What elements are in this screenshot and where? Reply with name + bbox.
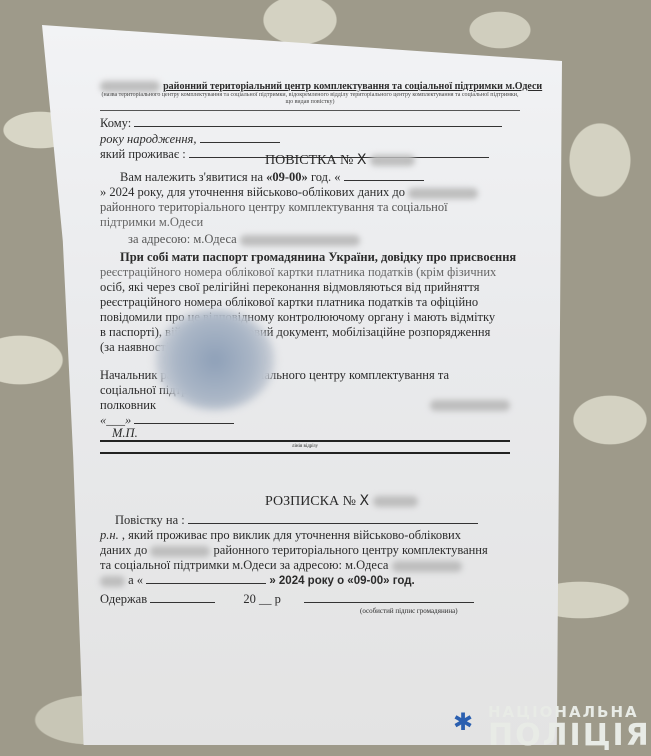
redacted-address [240, 235, 360, 246]
cut-line-label: лінія відрізу [100, 444, 510, 449]
to-field [134, 126, 502, 127]
para1-text: Вам належить з'явитися на [120, 170, 263, 184]
signature-field [304, 602, 474, 603]
summons-number-prefix: X [357, 152, 367, 168]
cut-rule-bottom [100, 452, 510, 454]
receipt-line2: р.н. , який проживає про виклик для уточ… [100, 528, 461, 543]
chief-line3: полковник [100, 398, 156, 413]
receipt-birth-label: р.н. [100, 528, 119, 542]
address-row: за адресою: м.Одеса [128, 232, 360, 247]
to-label: Кому: [100, 116, 131, 130]
receipt-title-row: РОЗПИСКА № X [265, 493, 418, 510]
received-year: 20 __ р [243, 592, 281, 606]
summons-title-row: ПОВІСТКА № X [265, 152, 415, 169]
official-stamp-redacted [155, 310, 275, 410]
redacted-chief-name [430, 400, 510, 411]
receipt-line3-b: районного територіального центру комплек… [214, 543, 488, 557]
redacted-district-3 [150, 546, 210, 557]
chief-line1: Начальник районного територіального цент… [100, 368, 449, 383]
para1-line4: підтримки м.Одеси [100, 215, 203, 230]
header-org-row: районний територіальний центр комплектув… [100, 78, 520, 93]
receipt-line5-b: » 2024 року о «09-00» год. [269, 575, 414, 587]
para2-line1: При собі мати паспорт громадянина Україн… [120, 250, 516, 265]
sign-date: «___» [100, 413, 131, 427]
received-label: Одержав [100, 592, 147, 606]
birth-label: року народження, [100, 132, 196, 146]
receipt-line4: та соціальної підтримки м.Одеси за адрес… [100, 558, 462, 573]
redacted-district [100, 81, 160, 92]
birth-field [200, 142, 280, 143]
address-label: за адресою: м.Одеса [128, 232, 237, 246]
para2-line1-text: При собі мати паспорт громадянина Україн… [120, 250, 516, 264]
redacted-district-2 [408, 188, 478, 199]
police-watermark: НАЦІОНАЛЬНА ПОЛІЦІЯ [488, 703, 651, 751]
chief-rank: полковник [100, 398, 156, 412]
police-emblem-icon: ✱ [448, 708, 478, 744]
receipt-name-field [188, 523, 478, 524]
signature-note: (особистий підпис громадянина) [360, 607, 458, 615]
received-field [150, 602, 215, 603]
stamp-label: М.П. [112, 426, 138, 441]
birth-row: року народження, [100, 132, 280, 147]
header-rule [100, 110, 520, 111]
para1-line3: районного територіального центру комплек… [100, 200, 448, 215]
para1-line2: » 2024 року, для уточнення військово-обл… [100, 185, 478, 200]
para2-line5: повідомили про це відповідному контролюю… [100, 310, 495, 325]
redacted-address-2 [392, 561, 462, 572]
para1-text-b: год. « [311, 170, 341, 184]
para1-line2-text: » 2024 року, для уточнення військово-обл… [100, 185, 405, 199]
receipt-line6: Одержав 20 __ р [100, 592, 474, 607]
redacted-address-3 [100, 576, 125, 587]
receipt-date-field [146, 583, 266, 584]
redacted-number [370, 155, 415, 166]
watermark-line2: ПОЛІЦІЯ [488, 721, 651, 751]
appear-time: «09-00» [266, 170, 308, 184]
para2-line3: осіб, які через свої релігійні переконан… [100, 280, 479, 295]
to-row: Кому: [100, 116, 502, 131]
date-field [344, 180, 424, 181]
receipt-line4-text: та соціальної підтримки м.Одеси за адрес… [100, 558, 388, 572]
receipt-line3-a: даних до [100, 543, 147, 557]
redacted-receipt-number [373, 496, 418, 507]
receipt-line5: а « » 2024 року о «09-00» год. [100, 573, 415, 588]
summons-title: ПОВІСТКА № [265, 153, 353, 168]
para2-line6: в паспорті), військово-обліковий докумен… [100, 325, 490, 340]
para2-line2: реєстраційного номера облікової картки п… [100, 265, 496, 280]
receipt-line1-label: Повістку на : [115, 513, 185, 527]
header-note: (назва територіального центру комплектув… [100, 92, 520, 106]
receipt-number-prefix: X [359, 493, 369, 509]
para2-line4: реєстраційного номера облікової картки п… [100, 295, 478, 310]
lives-label: який проживає : [100, 147, 186, 161]
para1-line1: Вам належить з'явитися на «09-00» год. « [120, 170, 520, 185]
receipt-title: РОЗПИСКА № [265, 494, 356, 509]
sign-date-field [134, 423, 234, 424]
header-org: районний територіальний центр комплектув… [163, 81, 542, 92]
receipt-line1: Повістку на : [115, 513, 478, 528]
cut-rule-top [100, 440, 510, 442]
receipt-line5-a: а « [128, 573, 143, 587]
receipt-line2-text: , який проживає про виклик для уточнення… [122, 528, 461, 542]
receipt-line3: даних до районного територіального центр… [100, 543, 488, 558]
